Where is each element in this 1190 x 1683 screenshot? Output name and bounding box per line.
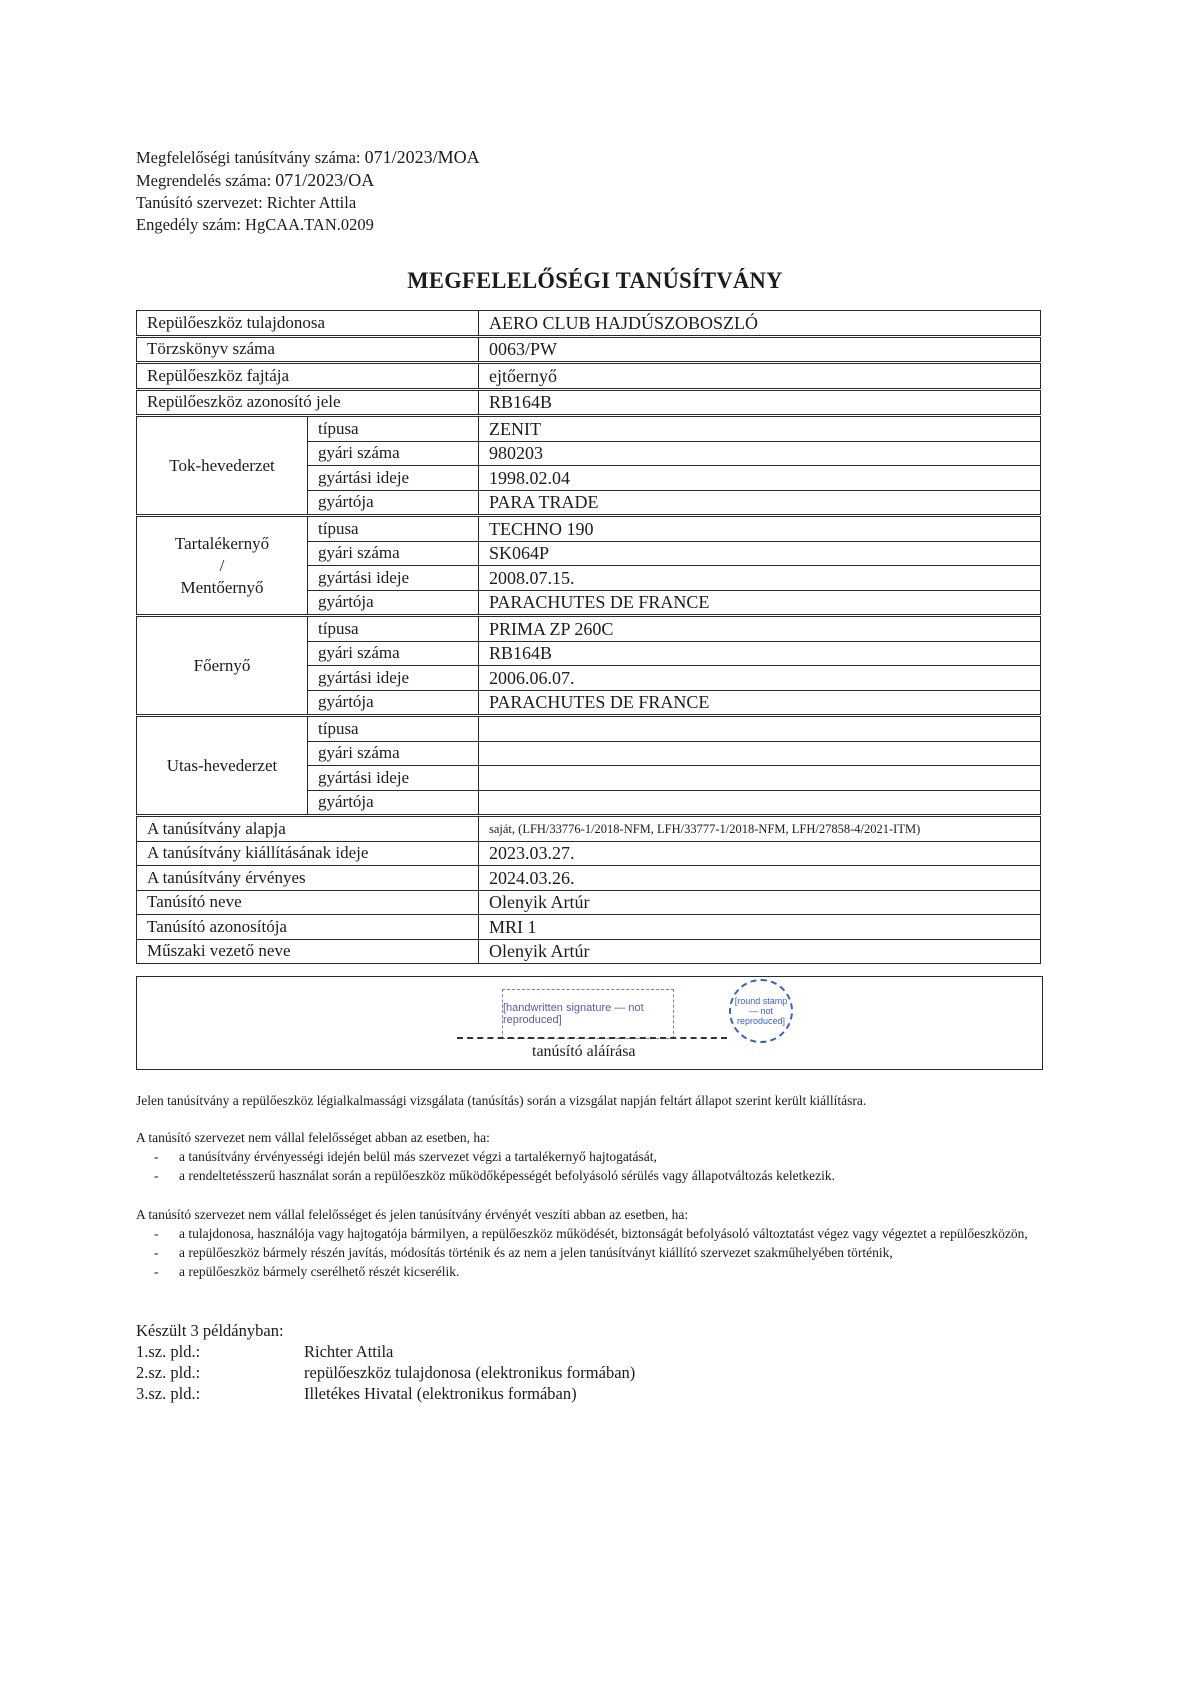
table-row: Törzskönyv száma0063/PW (137, 336, 1041, 363)
document-header: Megfelelőségi tanúsítvány száma: 071/202… (136, 146, 480, 236)
sub-label: gyártója (308, 690, 479, 716)
sub-label: gyári száma (308, 641, 479, 666)
sub-label: gyártási ideje (308, 466, 479, 491)
signature-placeholder: [handwritten signature — not reproduced] (502, 989, 674, 1039)
table-row: Utas-hevederzettípusa (137, 716, 1041, 742)
row-value: 2023.03.27. (479, 841, 1041, 866)
table-row: Tanúsító neveOlenyik Artúr (137, 890, 1041, 915)
group-label: Főernyő (137, 616, 308, 716)
certificate-table: Repülőeszköz tulajdonosaAERO CLUB HAJDÚS… (136, 310, 1041, 964)
cert-number-line: Megfelelőségi tanúsítvány száma: 071/202… (136, 146, 480, 169)
table-row: FőernyőtípusaPRIMA ZP 260C (137, 616, 1041, 642)
sub-label: gyári száma (308, 441, 479, 466)
sub-label: gyártási ideje (308, 666, 479, 691)
row-value: 980203 (479, 441, 1041, 466)
table-row: Tanúsító azonosítójaMRI 1 (137, 915, 1041, 940)
sub-label: típusa (308, 616, 479, 642)
disclaimer-2-intro: A tanúsító szervezet nem vállal felelőss… (136, 1205, 1056, 1224)
table-row: A tanúsítvány alapjasaját, (LFH/33776-1/… (137, 816, 1041, 842)
copies-heading: Készült 3 példányban: (136, 1320, 635, 1341)
table-row: A tanúsítvány kiállításának ideje2023.03… (137, 841, 1041, 866)
sub-label: gyártási ideje (308, 566, 479, 591)
row-value: AERO CLUB HAJDÚSZOBOSZLÓ (479, 311, 1041, 337)
group-label: Tok-hevederzet (137, 416, 308, 516)
sub-label: gyártója (308, 590, 479, 616)
order-number: 071/2023/OA (275, 170, 374, 190)
table-row: Repülőeszköz azonosító jeleRB164B (137, 389, 1041, 416)
copy-row: 2.sz. pld.:repülőeszköz tulajdonosa (ele… (136, 1362, 635, 1383)
signature-box: [handwritten signature — not reproduced]… (136, 976, 1043, 1070)
list-item: a rendeltetésszerű használat során a rep… (136, 1166, 1056, 1185)
sub-label: gyári száma (308, 741, 479, 766)
row-value: 0063/PW (479, 336, 1041, 363)
copy-number: 2.sz. pld.: (136, 1362, 304, 1383)
table-row: Műszaki vezető neveOlenyik Artúr (137, 939, 1041, 964)
row-value: 2008.07.15. (479, 566, 1041, 591)
list-item: a tanúsítvány érvényességi idején belül … (136, 1147, 1056, 1166)
org-name: Richter Attila (267, 193, 356, 212)
copy-recipient: repülőeszköz tulajdonosa (elektronikus f… (304, 1362, 635, 1383)
disclaimer-2: A tanúsító szervezet nem vállal felelőss… (136, 1205, 1056, 1281)
sub-label: típusa (308, 716, 479, 742)
license-number: HgCAA.TAN.0209 (245, 215, 374, 234)
row-value (479, 716, 1041, 742)
copies-section: Készült 3 példányban: 1.sz. pld.:Richter… (136, 1320, 635, 1404)
table-row: Tartalékernyő/MentőernyőtípusaTECHNO 190 (137, 516, 1041, 542)
document-title: MEGFELELŐSÉGI TANÚSÍTVÁNY (12, 268, 1178, 294)
row-label: A tanúsítvány alapja (137, 816, 479, 842)
row-value: TECHNO 190 (479, 516, 1041, 542)
table-row: Repülőeszköz fajtájaejtőernyő (137, 363, 1041, 390)
disclaimer-1-list: a tanúsítvány érvényességi idején belül … (136, 1147, 1056, 1185)
group-label: Utas-hevederzet (137, 716, 308, 816)
order-number-line: Megrendelés száma: 071/2023/OA (136, 169, 480, 192)
row-value: 2006.06.07. (479, 666, 1041, 691)
row-value: 2024.03.26. (479, 866, 1041, 891)
row-value: PARA TRADE (479, 490, 1041, 516)
signature-line (457, 1037, 727, 1039)
row-value: PARACHUTES DE FRANCE (479, 590, 1041, 616)
row-value: ejtőernyő (479, 363, 1041, 390)
row-label: Repülőeszköz fajtája (137, 363, 479, 390)
copy-recipient: Richter Attila (304, 1341, 393, 1362)
row-value (479, 766, 1041, 791)
copy-number: 1.sz. pld.: (136, 1341, 304, 1362)
signature-caption: tanúsító aláírása (532, 1043, 636, 1061)
sub-label: típusa (308, 516, 479, 542)
copy-row: 1.sz. pld.:Richter Attila (136, 1341, 635, 1362)
copy-row: 3.sz. pld.:Illetékes Hivatal (elektronik… (136, 1383, 635, 1404)
row-value: PRIMA ZP 260C (479, 616, 1041, 642)
table-row: A tanúsítvány érvényes2024.03.26. (137, 866, 1041, 891)
row-label: Repülőeszköz azonosító jele (137, 389, 479, 416)
sub-label: gyári száma (308, 541, 479, 566)
row-value: ZENIT (479, 416, 1041, 442)
copy-recipient: Illetékes Hivatal (elektronikus formában… (304, 1383, 577, 1404)
row-value: PARACHUTES DE FRANCE (479, 690, 1041, 716)
row-value (479, 741, 1041, 766)
row-label: Műszaki vezető neve (137, 939, 479, 964)
sub-label: típusa (308, 416, 479, 442)
row-value: Olenyik Artúr (479, 939, 1041, 964)
disclaimer-2-list: a tulajdonosa, használója vagy hajtogató… (136, 1224, 1056, 1281)
table-row: Repülőeszköz tulajdonosaAERO CLUB HAJDÚS… (137, 311, 1041, 337)
row-value (479, 790, 1041, 816)
list-item: a tulajdonosa, használója vagy hajtogató… (136, 1224, 1056, 1243)
cert-number: 071/2023/MOA (365, 147, 480, 167)
sub-label: gyártója (308, 490, 479, 516)
disclaimer-1-intro: A tanúsító szervezet nem vállal felelőss… (136, 1128, 1056, 1147)
row-label: A tanúsítvány kiállításának ideje (137, 841, 479, 866)
row-value: 1998.02.04 (479, 466, 1041, 491)
row-label: Tanúsító azonosítója (137, 915, 479, 940)
disclaimer-1: A tanúsító szervezet nem vállal felelőss… (136, 1128, 1056, 1185)
row-value: RB164B (479, 641, 1041, 666)
statement: Jelen tanúsítvány a repülőeszköz légialk… (136, 1091, 1056, 1110)
list-item: a repülőeszköz bármely részén javítás, m… (136, 1243, 1056, 1262)
copy-number: 3.sz. pld.: (136, 1383, 304, 1404)
license-line: Engedély szám: HgCAA.TAN.0209 (136, 214, 480, 236)
sub-label: gyártója (308, 790, 479, 816)
group-label: Tartalékernyő/Mentőernyő (137, 516, 308, 616)
table-row: Tok-hevederzettípusaZENIT (137, 416, 1041, 442)
sub-label: gyártási ideje (308, 766, 479, 791)
list-item: a repülőeszköz bármely cserélhető részét… (136, 1262, 1056, 1281)
row-value: SK064P (479, 541, 1041, 566)
row-value: saját, (LFH/33776-1/2018-NFM, LFH/33777-… (479, 816, 1041, 842)
row-value: MRI 1 (479, 915, 1041, 940)
row-value: RB164B (479, 389, 1041, 416)
row-value: Olenyik Artúr (479, 890, 1041, 915)
row-label: Tanúsító neve (137, 890, 479, 915)
row-label: A tanúsítvány érvényes (137, 866, 479, 891)
org-line: Tanúsító szervezet: Richter Attila (136, 192, 480, 214)
stamp-placeholder: [round stamp — not reproduced] (729, 979, 793, 1043)
row-label: Repülőeszköz tulajdonosa (137, 311, 479, 337)
row-label: Törzskönyv száma (137, 336, 479, 363)
